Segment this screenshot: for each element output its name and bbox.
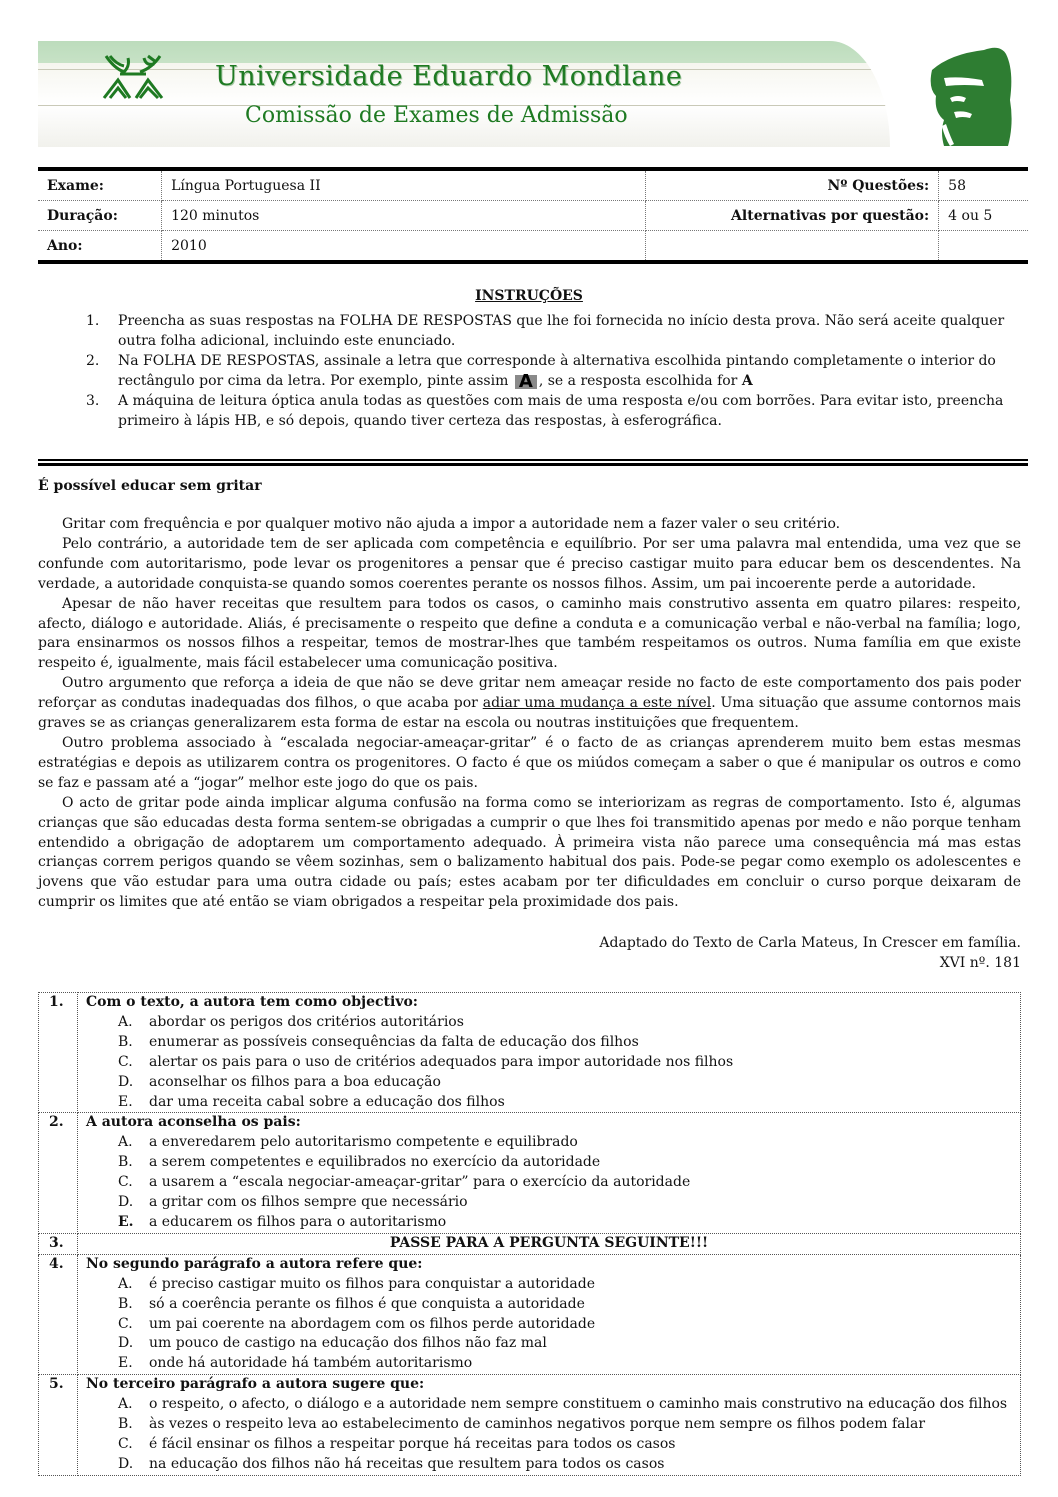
instruction-text: Preencha as suas respostas na FOLHA DE R… — [118, 313, 1004, 349]
exam-value: Língua Portuguesa II — [162, 169, 645, 201]
option-text: dar uma receita cabal sobre a educação d… — [149, 1094, 505, 1110]
question-number: 3. — [39, 1233, 78, 1254]
answer-option: B.enumerar as possíveis consequências da… — [86, 1033, 1012, 1053]
option-text: é preciso castigar muito os filhos para … — [149, 1276, 595, 1292]
option-text: alertar os pais para o uso de critérios … — [149, 1054, 733, 1070]
questions-count-value: 58 — [939, 169, 1028, 201]
exam-info-row: Exame: Língua Portuguesa II Nº Questões:… — [38, 169, 1028, 201]
option-letter: C. — [118, 1435, 149, 1455]
answer-option: E.dar uma receita cabal sobre a educação… — [86, 1093, 1012, 1113]
option-letter: A. — [118, 1275, 149, 1295]
option-letter: D. — [118, 1193, 149, 1213]
question-stem: Com o texto, a autora tem como objectivo… — [86, 993, 1012, 1013]
option-letter: E. — [118, 1354, 149, 1374]
answer-option: D.a gritar com os filhos sempre que nece… — [86, 1193, 1012, 1213]
option-text: enumerar as possíveis consequências da f… — [149, 1034, 639, 1050]
text-source: Adaptado do Texto de Carla Mateus, In Cr… — [599, 933, 1021, 973]
question-body: A autora aconselha os pais:A.a enveredar… — [78, 1113, 1021, 1233]
paragraph: O acto de gritar pode ainda implicar alg… — [38, 794, 1021, 913]
instruction-item: 3. A máquina de leitura óptica anula tod… — [80, 391, 1020, 431]
paragraph: Outro argumento que reforça a ideia de q… — [38, 674, 1021, 734]
divider-line — [38, 463, 1028, 466]
paragraph: Gritar com frequência e por qualquer mot… — [38, 515, 1021, 535]
option-text: a gritar com os filhos sempre que necess… — [149, 1194, 468, 1210]
option-letter: D. — [118, 1334, 149, 1354]
paragraph: Pelo contrário, a autoridade tem de ser … — [38, 535, 1021, 595]
instruction-answer-letter: A — [742, 373, 753, 389]
option-letter: C. — [118, 1173, 149, 1193]
option-text: a educarem os filhos para o autoritarism… — [149, 1214, 446, 1230]
option-letter: C. — [118, 1315, 149, 1335]
exam-info-row: Ano: 2010 — [38, 231, 1028, 263]
answer-option: D.aconselhar os filhos para a boa educaç… — [86, 1073, 1012, 1093]
underlined-phrase: adiar uma mudança a este nível — [483, 695, 711, 711]
text-title: É possível educar sem gritar — [38, 478, 262, 494]
option-text: a enveredarem pelo autoritarismo compete… — [149, 1134, 578, 1150]
answer-option: A.o respeito, o afecto, o diálogo e a au… — [86, 1395, 1012, 1415]
question-number: 4. — [39, 1254, 78, 1374]
instruction-number: 1. — [86, 311, 99, 331]
option-letter: A. — [118, 1013, 149, 1033]
question-row: 5.No terceiro parágrafo a autora sugere … — [39, 1375, 1021, 1476]
answer-option: E.onde há autoridade há também autoritar… — [86, 1354, 1012, 1374]
empty-cell — [645, 231, 939, 263]
skip-notice: PASSE PARA A PERGUNTA SEGUINTE!!! — [78, 1233, 1021, 1254]
option-letter: A. — [118, 1395, 149, 1415]
option-letter: D. — [118, 1073, 149, 1093]
option-text: o respeito, o afecto, o diálogo e a auto… — [149, 1396, 1007, 1412]
exam-info-row: Duração: 120 minutos Alternativas por qu… — [38, 201, 1028, 231]
year-label: Ano: — [38, 231, 162, 263]
question-row: 1.Com o texto, a autora tem como objecti… — [39, 993, 1021, 1113]
university-logo-icon — [100, 52, 166, 102]
question-stem: No segundo parágrafo a autora refere que… — [86, 1255, 1012, 1275]
answer-option: A.a enveredarem pelo autoritarismo compe… — [86, 1133, 1012, 1153]
answer-option: B.às vezes o respeito leva ao estabeleci… — [86, 1415, 1012, 1435]
question-stem: No terceiro parágrafo a autora sugere qu… — [86, 1375, 1012, 1395]
commission-name: Comissão de Exames de Admissão — [245, 103, 628, 128]
option-letter: B. — [118, 1415, 149, 1435]
answer-option: B.só a coerência perante os filhos é que… — [86, 1295, 1012, 1315]
instruction-text: , se a resposta escolhida for — [539, 373, 742, 389]
answer-option: E.a educarem os filhos para o autoritari… — [86, 1213, 1012, 1233]
answer-option: C.é fácil ensinar os filhos a respeitar … — [86, 1435, 1012, 1455]
answer-option: C.alertar os pais para o uso de critério… — [86, 1053, 1012, 1073]
answer-option: B.a serem competentes e equilibrados no … — [86, 1153, 1012, 1173]
option-letter: A. — [118, 1133, 149, 1153]
answer-option: D.na educação dos filhos não há receitas… — [86, 1455, 1012, 1475]
option-letter: C. — [118, 1053, 149, 1073]
answer-option: C.um pai coerente na abordagem com os fi… — [86, 1315, 1012, 1335]
option-text: abordar os perigos dos critérios autorit… — [149, 1014, 464, 1030]
paragraph: Outro problema associado à “escalada neg… — [38, 734, 1021, 794]
answer-option: D.um pouco de castigo na educação dos fi… — [86, 1334, 1012, 1354]
instruction-number: 2. — [86, 351, 99, 371]
question-row: 2.A autora aconselha os pais:A.a envered… — [39, 1113, 1021, 1233]
option-letter: E. — [118, 1093, 149, 1113]
instruction-item: 2. Na FOLHA DE RESPOSTAS, assinale a let… — [80, 351, 1020, 391]
option-text: aconselhar os filhos para a boa educação — [149, 1074, 441, 1090]
instruction-text: A máquina de leitura óptica anula todas … — [118, 393, 1003, 429]
option-text: um pouco de castigo na educação dos filh… — [149, 1335, 547, 1351]
exam-page: Universidade Eduardo Mondlane Comissão d… — [0, 0, 1058, 1497]
question-number: 1. — [39, 993, 78, 1113]
paragraph: Apesar de não haver receitas que resulte… — [38, 595, 1021, 675]
university-name: Universidade Eduardo Mondlane — [215, 61, 682, 92]
filled-answer-example-icon: A — [515, 375, 537, 389]
answer-option: A.é preciso castigar muito os filhos par… — [86, 1275, 1012, 1295]
question-row: 3.PASSE PARA A PERGUNTA SEGUINTE!!! — [39, 1233, 1021, 1254]
option-letter: E. — [118, 1213, 149, 1233]
portrait-icon — [910, 40, 1020, 148]
question-row: 4.No segundo parágrafo a autora refere q… — [39, 1254, 1021, 1374]
question-stem: A autora aconselha os pais: — [86, 1113, 1012, 1133]
questions-table: 1.Com o texto, a autora tem como objecti… — [38, 992, 1021, 1476]
duration-value: 120 minutos — [162, 201, 645, 231]
empty-cell — [939, 231, 1028, 263]
year-value: 2010 — [162, 231, 645, 263]
option-letter: D. — [118, 1455, 149, 1475]
question-body: No segundo parágrafo a autora refere que… — [78, 1254, 1021, 1374]
option-text: onde há autoridade há também autoritaris… — [149, 1355, 472, 1371]
section-divider — [38, 459, 1028, 467]
instruction-number: 3. — [86, 391, 99, 411]
option-text: só a coerência perante os filhos é que c… — [149, 1296, 585, 1312]
reading-passage: Gritar com frequência e por qualquer mot… — [38, 515, 1021, 913]
option-text: na educação dos filhos não há receitas q… — [149, 1456, 664, 1472]
exam-label: Exame: — [38, 169, 162, 201]
option-text: a usarem a “escala negociar-ameaçar-grit… — [149, 1174, 690, 1190]
question-number: 5. — [39, 1375, 78, 1476]
option-letter: B. — [118, 1295, 149, 1315]
duration-label: Duração: — [38, 201, 162, 231]
question-body: No terceiro parágrafo a autora sugere qu… — [78, 1375, 1021, 1476]
instruction-item: 1. Preencha as suas respostas na FOLHA D… — [80, 311, 1020, 351]
divider-line — [38, 459, 1028, 461]
option-letter: B. — [118, 1153, 149, 1173]
source-line: XVI nº. 181 — [599, 953, 1021, 973]
source-line: Adaptado do Texto de Carla Mateus, In Cr… — [599, 933, 1021, 953]
option-text: a serem competentes e equilibrados no ex… — [149, 1154, 600, 1170]
instructions-list: 1. Preencha as suas respostas na FOLHA D… — [80, 311, 1020, 431]
alternatives-value: 4 ou 5 — [939, 201, 1028, 231]
option-text: às vezes o respeito leva ao estabelecime… — [149, 1416, 925, 1432]
instructions-title: INSTRUÇÕES — [0, 288, 1058, 304]
answer-option: C.a usarem a “escala negociar-ameaçar-gr… — [86, 1173, 1012, 1193]
option-text: é fácil ensinar os filhos a respeitar po… — [149, 1436, 675, 1452]
questions-count-label: Nº Questões: — [645, 169, 939, 201]
question-body: Com o texto, a autora tem como objectivo… — [78, 993, 1021, 1113]
option-text: um pai coerente na abordagem com os filh… — [149, 1316, 595, 1332]
answer-option: A.abordar os perigos dos critérios autor… — [86, 1013, 1012, 1033]
exam-info-table: Exame: Língua Portuguesa II Nº Questões:… — [38, 167, 1028, 264]
alternatives-label: Alternativas por questão: — [645, 201, 939, 231]
question-number: 2. — [39, 1113, 78, 1233]
option-letter: B. — [118, 1033, 149, 1053]
